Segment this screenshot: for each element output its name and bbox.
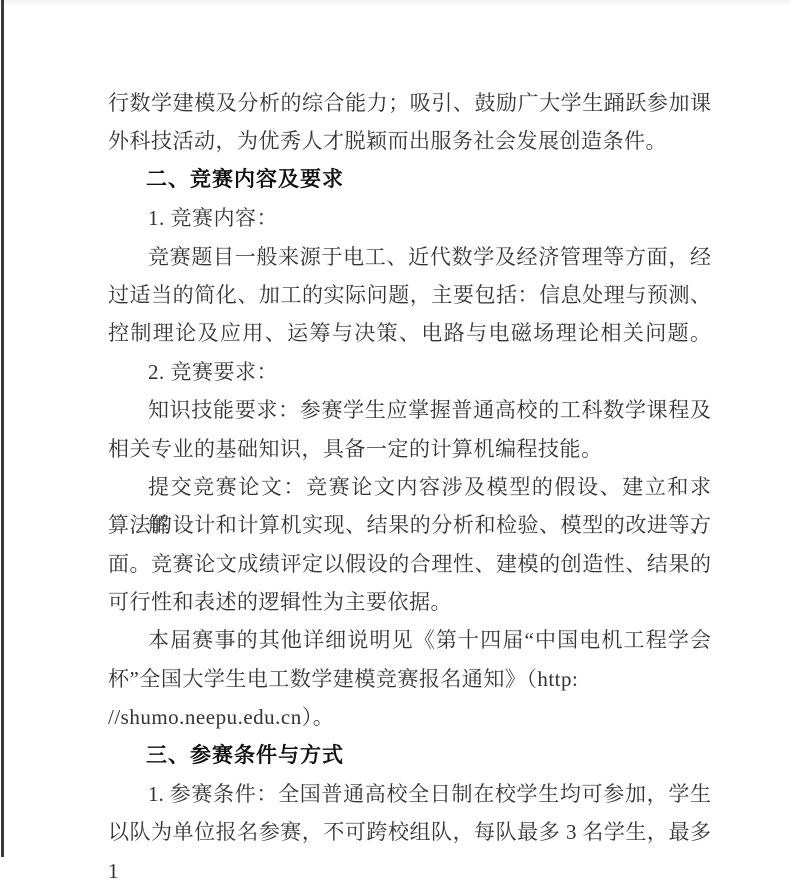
paragraph-line: 算法的设计和计算机实现、结果的分析和检验、模型的改进等方: [108, 506, 711, 544]
page-top-shadow: [0, 0, 791, 6]
list-item-line: 2. 竞赛要求：: [108, 353, 711, 391]
page-left-edge-rule: [1, 0, 4, 857]
paragraph-line: 控制理论及应用、运筹与决策、电路与电磁场理论相关问题。: [108, 314, 711, 352]
section-heading-3: 三、参赛条件与方式: [108, 737, 711, 775]
paragraph-line: 相关专业的基础知识，具备一定的计算机编程技能。: [108, 430, 711, 468]
paragraph-line: 行数学建模及分析的综合能力；吸引、鼓励广大学生踊跃参加课: [108, 84, 711, 122]
paragraph-line: 知识技能要求：参赛学生应掌握普通高校的工科数学课程及: [108, 391, 711, 429]
document-text-column: 行数学建模及分析的综合能力；吸引、鼓励广大学生踊跃参加课 外科技活动，为优秀人才…: [108, 84, 711, 852]
paragraph-line: 本届赛事的其他详细说明见《第十四届“中国电机工程学会: [108, 621, 711, 659]
document-page: 行数学建模及分析的综合能力；吸引、鼓励广大学生踊跃参加课 外科技活动，为优秀人才…: [0, 0, 791, 882]
paragraph-line: 过适当的简化、加工的实际问题，主要包括：信息处理与预测、: [108, 276, 711, 314]
paragraph-line: 竞赛题目一般来源于电工、近代数学及经济管理等方面，经: [108, 238, 711, 276]
paragraph-line: 外科技活动，为优秀人才脱颖而出服务社会发展创造条件。: [108, 122, 711, 160]
paragraph-line: 杯”全国大学生电工数学建模竞赛报名通知》（http:: [108, 660, 711, 698]
paragraph-line: 1. 参赛条件：全国普通高校全日制在校学生均可参加，学生: [108, 775, 711, 813]
paragraph-line-url: //shumo.neepu.edu.cn）。: [108, 698, 711, 736]
list-item-line: 1. 竞赛内容：: [108, 199, 711, 237]
paragraph-line: 面。竞赛论文成绩评定以假设的合理性、建模的创造性、结果的: [108, 545, 711, 583]
section-heading-2: 二、竞赛内容及要求: [108, 161, 711, 199]
paragraph-line: 可行性和表述的逻辑性为主要依据。: [108, 583, 711, 621]
paragraph-line: 提交竞赛论文：竞赛论文内容涉及模型的假设、建立和求解、: [108, 468, 711, 506]
paragraph-line: 以队为单位报名参赛，不可跨校组队，每队最多 3 名学生，最多 1: [108, 813, 711, 851]
